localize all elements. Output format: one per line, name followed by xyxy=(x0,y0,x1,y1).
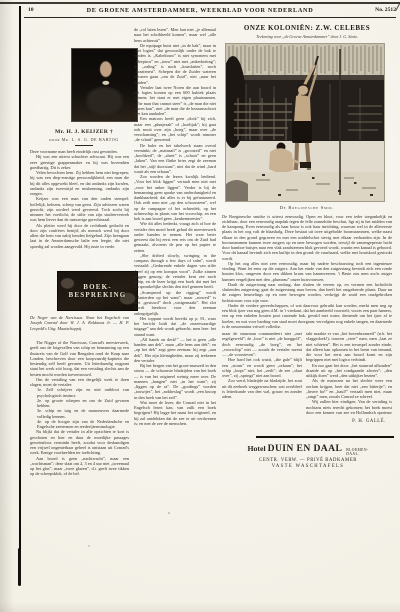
article-subtitle: Teekening voor „de Groene Amsterdammer” … xyxy=(222,34,392,39)
review-closing-column-b: takt maakte er van „het bovenbramzeil” (… xyxy=(306,331,392,416)
boekbespreking-logo-line1: BOEK- xyxy=(83,283,112,291)
column-paragraph: Een matroos heeft geen „dock” bij zich, … xyxy=(134,116,216,142)
paper-speck xyxy=(168,512,170,514)
column-paragraph: „All hands on deck!” — het is geen „alle… xyxy=(134,337,216,363)
newspaper-page: 10 DE GROENE AMSTERDAMMER, WEEKBLAD VOOR… xyxy=(0,0,400,612)
column-paragraph: Vertaler laat twee Noren die aan boord i… xyxy=(134,85,216,117)
book-reference: De Neger van de Narcissus. Naar het Enge… xyxy=(30,315,129,338)
hotel-ad-title-row: Hotel DUIN EN DAAL BLOEMEN- DAAL. xyxy=(247,443,368,456)
review-list-item: 2e. op groote schepen en om de Zuid geva… xyxy=(30,398,129,409)
closing-paragraph: Als de matrozen na het slechte weer een … xyxy=(306,378,392,399)
top-edge-line xyxy=(0,2,400,4)
hotel-name: DUIN EN DAAL xyxy=(268,443,343,454)
obituary-paragraph: Als pleiter werd hij door de rechtbank g… xyxy=(30,223,129,249)
article-paragraph: Daalt de zuigerstang naar omlaag, dan sl… xyxy=(222,282,392,303)
obituary-text: Deze voorname man heeft eindelijk rust g… xyxy=(30,149,129,268)
article-paragraph: Onder de verdere gereedschappen, of wat … xyxy=(222,303,392,328)
review-signature: P. H. GALLÉ. xyxy=(306,419,386,424)
closing-paragraph: maar de stuurman commandeert niet „met r… xyxy=(222,331,302,357)
review-closing-column-a: maar de stuurman commandeert niet „met r… xyxy=(222,331,302,431)
obituary-paragraph: Keijzer was een man van den ouden stempe… xyxy=(30,196,129,222)
smid-illustration-drawing xyxy=(226,44,384,201)
article-heading: ONZE KOLONIËN: Z.W. CELEBES xyxy=(222,24,392,32)
hotel-location-line2: DAAL. xyxy=(346,452,368,456)
column-paragraph: Het toppunt wordt bereikt op p. 81, waar… xyxy=(134,316,216,337)
review-list-item: 4e. op de hoogte zijn van de Nederlandsc… xyxy=(30,419,129,430)
review-text: The Nigger of the Narcissus, Conrad's me… xyxy=(30,340,129,478)
column-paragraph: Wie dit alles bedenkt, vraagt zich af ho… xyxy=(134,221,216,253)
column-paragraph: Wat moet de lezer, die Conrad niet in he… xyxy=(134,400,216,426)
review-examples: Nu blijkt dat de vertaler in alle opzich… xyxy=(30,429,129,478)
middle-column-text: de „rol laten lezen”. Men laat niet „je … xyxy=(134,27,216,478)
review-paragraph: Aan boord is geen „nachtwacht”, maar een… xyxy=(30,456,129,477)
page-number: 10 xyxy=(28,7,34,13)
column-paragraph: „Scampered up the rigging” wordt „klaute… xyxy=(134,290,216,316)
article-paragraph: Op het oog alles niet zeer eenvoudig, ma… xyxy=(222,261,392,282)
obituary-title: Mr. H. J. KEIJZER † xyxy=(30,129,138,135)
article-paragraph: De Boeginesche smidse is uiterst eenvoud… xyxy=(222,214,392,261)
closing-paragraph: Wij zullen hier eindigen. Van de vertali… xyxy=(306,399,392,416)
hotel-features-line1: CENTR. VERW. — PRIVÉ BADKAMER xyxy=(259,458,357,463)
review-paragraph: De eerste stuurman „monstert” niet, dat … xyxy=(30,477,129,479)
hotel-ad: Hotel DUIN EN DAAL BLOEMEN- DAAL. CENTR.… xyxy=(224,443,392,469)
closing-paragraph: Zoo werd, bladzijde na bladzijde, het zo… xyxy=(222,378,302,399)
obituary-byline: door Mr. L. S. G. DE HARTOG xyxy=(30,137,138,142)
column-paragraph: Bij het bergen van het groot-marszeil in… xyxy=(134,363,216,400)
column-paragraph: De haler en het takelwerk staan overal v… xyxy=(134,143,216,175)
column-paragraph: De equipage huist niet „in de bak”, maar… xyxy=(134,43,216,85)
review-paragraph: Nu blijkt dat de vertaler in alle opzich… xyxy=(30,429,129,455)
boekbespreking-logo-line2: BESPREKING xyxy=(69,291,127,299)
closing-paragraph: takt maakte er van „het bovenbramzeil” (… xyxy=(306,331,392,363)
hotel-location: BLOEMEN- DAAL. xyxy=(346,448,368,456)
hotel-name-prefix: Hotel xyxy=(247,444,265,453)
column-paragraph: „She drifted slowly, swinging in the com… xyxy=(134,253,216,290)
portrait-photo xyxy=(71,48,138,122)
smid-illustration xyxy=(225,43,385,202)
byline-rule xyxy=(75,145,93,146)
review-list-item: 3e. schip en tuig en de manoeuvres daarm… xyxy=(30,408,129,419)
paper-speck xyxy=(88,545,90,547)
review-paragraph: Om de vertaling van een dergelijk werk t… xyxy=(30,377,129,388)
column-paragraph: Zoo worden de lezers kwalijk bediend. „V… xyxy=(134,174,216,221)
left-edge-line xyxy=(19,6,21,584)
obituary-paragraph: Velen bevochten hem. Zij hebben hem niet… xyxy=(30,170,129,196)
review-requirements-list: 1e. Zelf schrijver zijn en niet ontbloot… xyxy=(30,387,129,429)
header-rule xyxy=(24,17,396,18)
closing-paragraph: Hoe hard het ook waait, „the gale” blijf… xyxy=(222,357,302,378)
illustration-caption: De Boeginesche Smid. xyxy=(222,205,392,210)
review-paragraph: The Nigger of the Narcissus, Conrad's me… xyxy=(30,340,129,377)
closing-paragraph: En zoo gaat het door: „het stuurrad afho… xyxy=(306,363,392,379)
obituary-paragraph: Hij was een uiterst schuchter advocaat. … xyxy=(30,154,129,170)
review-intro: The Nigger of the Narcissus, Conrad's me… xyxy=(30,340,129,387)
article-lead-text: De Boeginesche smidse is uiterst eenvoud… xyxy=(222,214,392,328)
review-list-item: 1e. Zelf schrijver zijn en niet ontbloot… xyxy=(30,387,129,398)
boekbespreking-logo: BOEK- BESPREKING xyxy=(57,271,138,311)
ad-top-rule xyxy=(256,436,394,438)
masthead-title: DE GROENE AMSTERDAMMER, WEEKBLAD VOOR NE… xyxy=(64,7,336,14)
issue-number: No. 2512 xyxy=(338,7,396,13)
left-edge-blot xyxy=(18,548,21,586)
column-paragraph: de „rol laten lezen”. Men laat niet „je … xyxy=(134,27,216,43)
hotel-features-line2: VASTE WASCHTAFELS xyxy=(272,464,345,469)
